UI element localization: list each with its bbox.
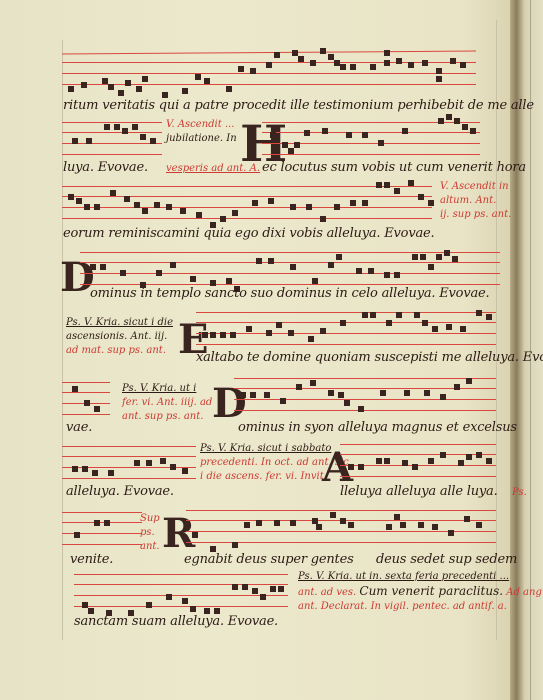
lyric-line-8a: venite. bbox=[70, 552, 113, 567]
lyric-line-9: sanctam suam alleluya. Evovae. bbox=[74, 614, 278, 629]
lyric-line-2a: luya. Evovae. bbox=[63, 160, 148, 175]
rubric-ps-end: Ps. bbox=[512, 486, 527, 500]
staff-8b bbox=[186, 510, 496, 542]
rubric-versicle-2: V. Ascendit in altum. Ant. ij. sup ps. a… bbox=[440, 180, 511, 222]
staff-4 bbox=[80, 252, 500, 284]
lyric-line-6b: ominus in syon alleluya magnus et excels… bbox=[238, 420, 517, 435]
lyric-line-2b: ec locutus sum vobis ut cum venerit hora bbox=[262, 160, 526, 175]
lyric-line-3: eorum reminiscamini quia ego dixi vobis … bbox=[63, 226, 434, 241]
staff-6a bbox=[62, 382, 110, 414]
lyric-line-4: ominus in templo sancto suo dominus in c… bbox=[90, 286, 489, 301]
lyric-line-6a: vae. bbox=[66, 420, 92, 435]
staff-5 bbox=[196, 312, 496, 344]
rubric-psalm-4: Ps. V. Kria. ut in. sexta feria preceden… bbox=[298, 570, 543, 614]
staff-1 bbox=[62, 52, 476, 84]
staff-7a bbox=[62, 446, 196, 478]
rubric-psalm-2: Ps. V. Kria. ut i fer. vi. Ant. iiij. ad… bbox=[122, 382, 212, 424]
rubric-vespers: vesperis ad ant. A. bbox=[166, 162, 260, 176]
staff-2 bbox=[62, 122, 162, 154]
lyric-line-5: xaltabo te domine quoniam suscepisti me … bbox=[196, 350, 543, 365]
lyric-line-1: ritum veritatis qui a patre procedit ill… bbox=[63, 98, 534, 113]
staff-2b bbox=[262, 122, 480, 154]
rubric-versicle-1: V. Ascendit ... jubilatione. In bbox=[166, 118, 237, 146]
staff-7b bbox=[340, 444, 496, 476]
lyric-line-8c: deus sedet sup sedem bbox=[376, 552, 517, 567]
staff-8a bbox=[62, 512, 142, 544]
lyric-line-7b: lleluya alleluya alle luya. bbox=[340, 484, 498, 499]
staff-9 bbox=[74, 574, 288, 606]
lyric-line-7a: alleluya. Evovae. bbox=[66, 484, 174, 499]
rubric-psalm-1: Ps. V. Kria. sicut i die ascensionis. An… bbox=[66, 316, 173, 358]
staff-3 bbox=[62, 186, 432, 218]
right-margin-rule bbox=[496, 20, 497, 640]
lyric-line-8b: egnabit deus super gentes bbox=[184, 552, 354, 567]
rubric-sup-ps-ant: Sup ps. ant. bbox=[140, 512, 160, 554]
staff-6b bbox=[234, 378, 496, 410]
